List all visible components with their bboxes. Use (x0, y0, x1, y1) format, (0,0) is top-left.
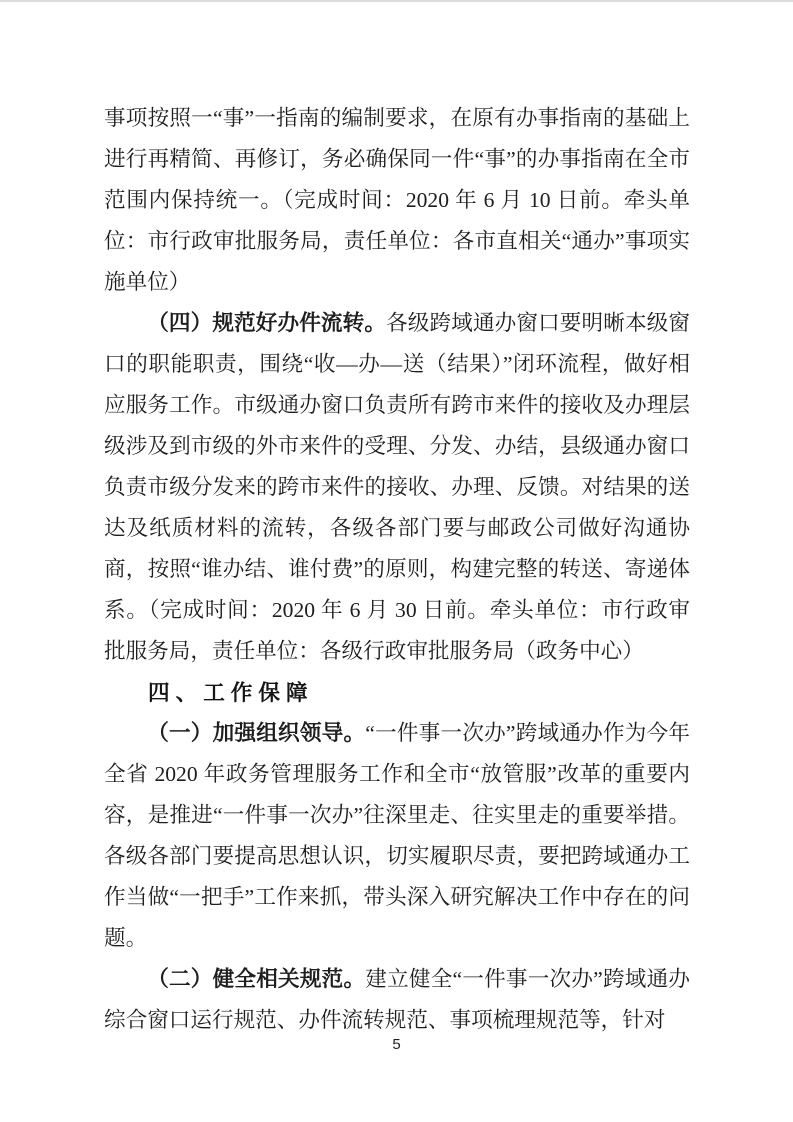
page-number: 5 (0, 1035, 793, 1055)
paragraph-text: “一件事一次办”跨域通办作为今年全省 2020 年政务管理服务工作和全市“放管服… (104, 721, 690, 950)
paragraph: （二）健全相关规范。建立健全“一件事一次办”跨域通办综合窗口运行规范、办件流转规… (104, 959, 690, 1041)
document-body: 事项按照一“事”一指南的编制要求，在原有办事指南的基础上进行再精简、再修订，务必… (104, 98, 690, 1041)
paragraph-lead-bold: （一）加强组织领导。 (147, 721, 365, 745)
page-top-scan-edge (0, 0, 793, 2)
paragraph: （四）规范好办件流转。各级跨域通办窗口要明晰本级窗口的职能职责，围绕“收—办—送… (104, 303, 690, 672)
paragraph-text: 各级跨域通办窗口要明晰本级窗口的职能职责，围绕“收—办—送（结果）”闭环流程，做… (104, 311, 690, 663)
paragraph-text: 事项按照一“事”一指南的编制要求，在原有办事指南的基础上进行再精简、再修订，务必… (104, 106, 690, 294)
paragraph-lead-bold: （二）健全相关规范。 (147, 967, 365, 991)
section-heading: 四、工作保障 (104, 672, 690, 713)
paragraph-lead-bold: （四）规范好办件流转。 (147, 311, 386, 335)
paragraph: 事项按照一“事”一指南的编制要求，在原有办事指南的基础上进行再精简、再修订，务必… (104, 98, 690, 303)
paragraph: （一）加强组织领导。“一件事一次办”跨域通办作为今年全省 2020 年政务管理服… (104, 713, 690, 959)
